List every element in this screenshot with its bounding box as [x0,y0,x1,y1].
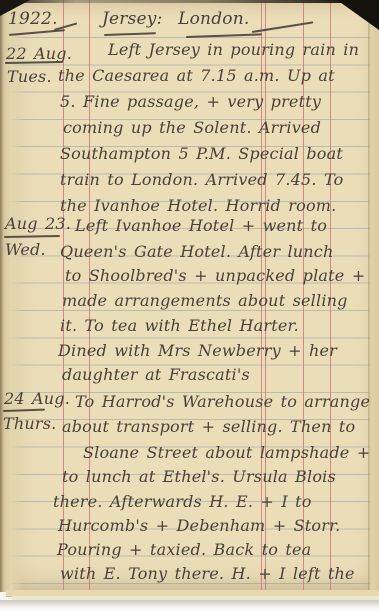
diary-text-line: To Harrod's Warehouse to arrange [75,392,370,412]
diary-text-line: the Ivanhoe Hotel. Horrid room. [60,196,336,216]
diary-text-line: Sloane Street about lampshade + [83,443,370,463]
entry-weekday: Thurs. [3,414,56,434]
diary-text-line: about transport + selling. Then to [62,417,355,437]
diary-text-line: to lunch at Ethel's. Ursula Blois [62,467,336,487]
diary-text-line: with E. Tony there. H. + I left the [60,564,355,584]
page-binding-edge [0,0,24,592]
diary-text-line: there. Afterwards H. E. + I to [53,492,312,512]
diary-text-line: 5. Fine passage, + very pretty [60,92,321,112]
diary-text-line: Southampton 5 P.M. Special boat [60,144,343,164]
background-shadow [0,600,379,611]
page-title: Jersey: London. [102,9,249,29]
diary-text-line: coming up the Solent. Arrived [63,118,321,138]
diary-text-line: Left Jersey in pouring rain in [108,40,359,60]
diary-text-line: Hurcomb's + Debenham + Storr. [58,516,340,536]
entry-date: 24 Aug. [4,389,70,409]
diary-text-line: Left Ivanhoe Hotel + went to [75,216,327,236]
cover-top-edge [0,0,379,3]
diary-text-line: made arrangements about selling [62,291,348,311]
entry-weekday: Tues. [7,67,52,87]
entry-weekday: Wed. [5,240,46,260]
diary-text-line: train to London. Arrived 7.45. To [60,170,343,190]
entry-date: 22 Aug. [6,44,72,64]
diary-text-line: Pouring + taxied. Back to tea [57,540,311,560]
page-right-edge [368,0,379,592]
diary-text-line: daughter at Frascati's [62,365,250,385]
diary-text-line: Dined with Mrs Newberry + her [58,341,337,361]
diary-text-line: it. To tea with Ethel Harter. [60,316,299,336]
diary-text-line: the Caesarea at 7.15 a.m. Up at [58,66,335,86]
cover-corner-top-right [337,0,379,30]
diary-text-line: Queen's Gate Hotel. After lunch [60,242,333,262]
diary-text-line: to Shoolbred's + unpacked plate + [65,266,365,286]
entry-date: Aug 23. [5,214,71,234]
diary-page-photo: 1922. Jersey: London. 22 Aug.Tues.Left J… [0,0,379,611]
year-label: 1922. [8,9,58,29]
